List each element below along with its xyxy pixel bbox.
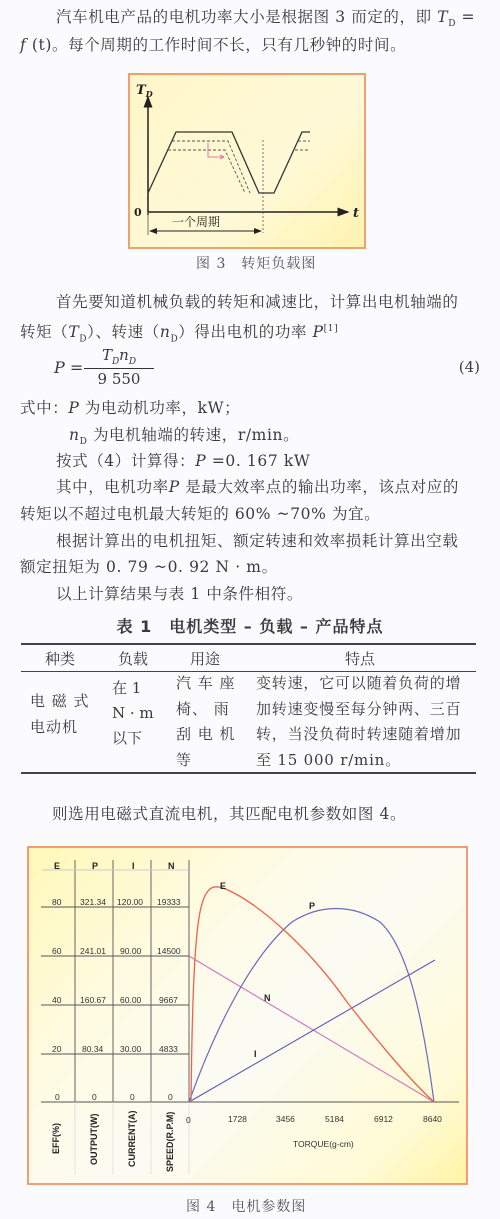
symbol-T: T [68,323,79,341]
figure-4-motor-chart: E P I N 80 321.34 120.00 19333 60 241.01… [27,846,468,1185]
cell-line: 在 1 [112,676,154,701]
cell-load: 在 1 N · m 以下 [112,676,154,751]
svg-text:40: 40 [52,995,62,1005]
svg-text:60.00: 60.00 [120,995,142,1005]
scale-row-0: 0 0 0 0 [55,1092,173,1102]
symbol-n: n [160,323,171,341]
curve-P [189,909,434,1103]
cell-line: 至 15 000 r/min。 [256,748,461,774]
cell-line: 加转速变慢至每分钟两、三百 [256,697,461,723]
cell-line: 等 [176,748,236,774]
x-tick-labels: 0 1728 3456 5184 6912 8640 [186,1114,442,1125]
reference: [1] [324,324,339,334]
paragraph-5: 以上计算结果与表 1 中条件相符。 [56,581,303,607]
svg-text:0: 0 [168,1092,173,1102]
period-label: 一个周期 [172,214,220,229]
paragraph-2-line-1: 首先要知道机械负载的转矩和减速比，计算出电机轴端的 [56,289,459,315]
equation-number: (4) [459,358,480,376]
motor-parameter-chart: E P I N 80 321.34 120.00 19333 60 241.01… [29,848,466,1183]
text: 按式（4）计算得： [56,452,195,470]
cell-features: 变转速，它可以随着负荷的增 加转速变慢至每分钟两、三百 转，当没负荷时转速随着增… [256,671,461,773]
figure-3-torque-load: TD 0 t 一个周期 [128,73,366,249]
text: 式中： [20,399,68,417]
svg-text:1728: 1728 [228,1114,247,1124]
table-header-usage: 用途 [190,646,220,672]
formula-denominator: 9 550 [84,370,154,388]
cell-line: 变转速，它可以随着负荷的增 [256,671,461,697]
text: ）、转速（ [87,323,160,341]
text: =0. 167 kW [206,452,310,470]
torque-load-diagram: TD 0 t 一个周期 [130,75,364,247]
scale-row-80: 80 321.34 120.00 19333 [52,897,181,907]
subscript: D [79,334,87,344]
cell-line: 刮 电 机 [176,722,236,748]
figure-3-caption: 图 3 转矩负载图 [196,253,316,273]
svg-text:80: 80 [52,897,62,907]
formula-numerator: TDnD [84,346,154,367]
scale-row-60: 60 241.01 90.00 14500 [52,946,181,956]
paragraph-4-line-1: 根据计算出的电机扭矩、额定转速和效率损耗计算出空载 [56,528,459,554]
text: (t)。每个周期的工作时间不长，只有几秒钟的时间。 [26,36,406,54]
svg-text:321.34: 321.34 [80,897,106,907]
text: 转矩（ [20,323,68,341]
axis-label-current: CURRENT(A) [127,1111,137,1168]
curve-N [189,956,434,1102]
col-header-N: N [168,861,175,871]
cell-line: 转，当没负荷时转速随着增加 [256,722,461,748]
subscript: D [448,19,456,29]
cell-line: N · m [112,701,154,726]
table-top-rule [21,643,476,645]
figure-4-caption: 图 4 电机参数图 [186,1196,306,1216]
svg-text:20: 20 [52,1044,62,1054]
cell-type: 电 磁 式 电动机 [30,688,90,740]
col-header-P: P [92,861,98,871]
svg-text:14500: 14500 [157,946,181,956]
symbol-n: n [69,426,80,444]
text: ）得出电机的功率 [178,323,307,341]
svg-text:90.00: 90.00 [120,946,142,956]
paragraph-1-line-2: f (t)。每个周期的工作时间不长，只有几秒钟的时间。 [20,32,406,58]
svg-text:6912: 6912 [374,1114,393,1124]
cell-usage: 汽 车 座 椅、 雨 刮 电 机 等 [176,671,236,773]
table-1-title: 表 1 电机类型 – 负载 – 产品特点 [0,614,500,637]
cell-line: 电动机 [30,714,90,740]
col-header-I: I [132,861,135,871]
table-header-type: 种类 [45,646,75,672]
axis-label-output: OUTPUT(W) [89,1114,99,1166]
text: 为电机轴端的转速，r/min。 [87,426,299,444]
cell-line: 电 磁 式 [30,688,90,714]
svg-text:80.34: 80.34 [82,1044,104,1054]
curve-E [191,887,434,1102]
cell-line: 椅、 雨 [176,697,236,723]
svg-text:120.00: 120.00 [117,897,143,907]
y-axis-label: TD [136,83,153,99]
svg-text:241.01: 241.01 [80,946,106,956]
text: 是最大效率点的输出功率，该点对应的 [180,478,459,496]
text: = [456,8,475,26]
svg-text:30.00: 30.00 [120,1044,142,1054]
axis-label-eff: EFF(%) [51,1123,61,1154]
svg-text:0: 0 [186,1115,191,1125]
symbol-P: P [68,399,79,417]
where-line-1: 式中：P 为电动机功率，kW； [20,395,240,421]
x-axis-label: t [353,206,359,221]
symbol-P: P [195,452,206,470]
curve-label-E: E [220,881,226,891]
svg-text:9667: 9667 [159,995,178,1005]
cell-line: 汽 车 座 [176,671,236,697]
symbol-T: T [437,8,448,26]
axis-label-speed: SPEED(R.P.M) [165,1112,175,1172]
table-header-features: 特点 [345,646,375,672]
calc-line: 按式（4）计算得：P =0. 167 kW [56,448,310,474]
formula-lhs: P = [54,358,83,377]
symbol-P: P [169,478,180,496]
svg-text:3456: 3456 [276,1114,295,1124]
svg-text:0: 0 [55,1092,60,1102]
svg-text:19333: 19333 [157,897,181,907]
table-bottom-rule [21,772,476,774]
table-header-load: 负载 [118,646,148,672]
symbol-P: P [313,323,324,341]
scale-row-20: 20 80.34 30.00 4833 [52,1044,178,1054]
x-axis-title: TORQUE(g-cm) [293,1139,354,1149]
paragraph-4-line-2: 额定扭矩为 0. 79 ~0. 92 N · m。 [20,554,278,580]
svg-text:8640: 8640 [423,1114,442,1124]
paragraph-3-line-2: 转矩以不超过电机最大转矩的 60% ~70% 为宜。 [20,501,380,527]
svg-text:0: 0 [130,1092,135,1102]
svg-text:5184: 5184 [325,1114,344,1124]
origin-label: 0 [134,206,142,219]
col-header-E: E [54,861,60,871]
text: 为电动机功率，kW； [79,399,240,417]
curve-label-I: I [254,1049,257,1059]
svg-text:60: 60 [52,946,62,956]
paragraph-3-line-1: 其中，电机功率P 是最大效率点的输出功率，该点对应的 [56,474,459,500]
curve-label-P: P [309,901,315,911]
fraction-bar [84,368,154,369]
svg-text:0: 0 [92,1092,97,1102]
text: 汽车机电产品的电机功率大小是根据图 3 而定的，即 [56,8,432,26]
text: 其中，电机功率 [56,478,169,496]
cell-line: 以下 [112,726,154,751]
svg-text:4833: 4833 [159,1044,178,1054]
curve-label-N: N [264,993,271,1003]
svg-text:160.67: 160.67 [80,995,106,1005]
paragraph-6: 则选用电磁式直流电机，其匹配电机参数如图 4。 [52,801,406,827]
scale-row-40: 40 160.67 60.00 9667 [52,995,178,1005]
formula-4: P = TDnD 9 550 (4) [54,346,484,394]
